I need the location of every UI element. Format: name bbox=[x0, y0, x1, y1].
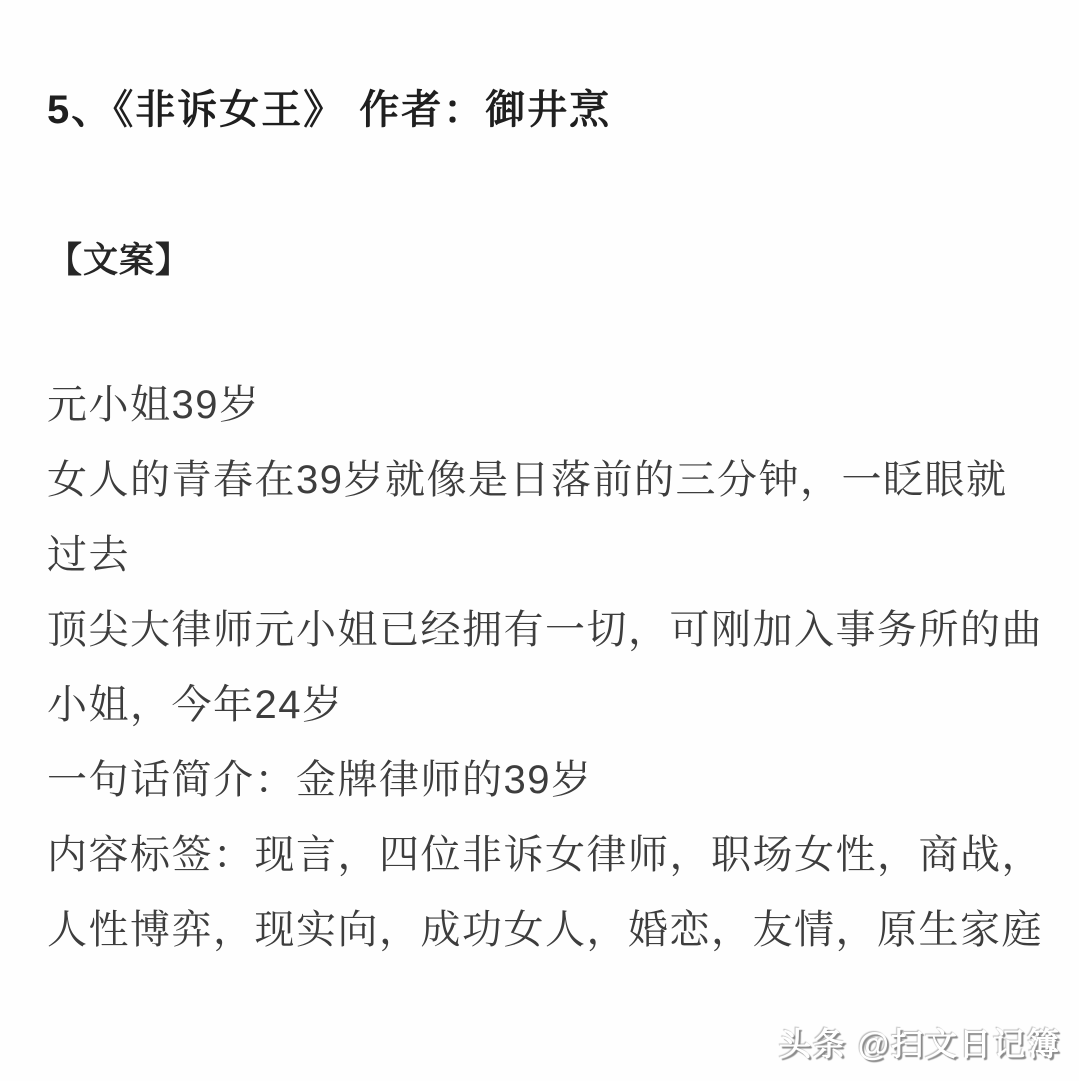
text-post-page: 5、《非诉女王》作者：御井烹 【文案】 元小姐39岁 女人的青春在39岁就像是日… bbox=[0, 0, 1079, 1081]
content-tags-line: 内容标签：现言，四位非诉女律师，职场女性，商战， bbox=[47, 818, 1049, 893]
content-tags-line: 人性博弈，现实向，成功女人，婚恋，友情，原生家庭 bbox=[47, 893, 1049, 968]
watermark-platform: 头条 bbox=[779, 1026, 847, 1062]
author-label: 作者：御井烹 bbox=[359, 88, 611, 132]
toutiao-watermark: 头条 @扫文日记簿 bbox=[779, 1019, 1061, 1065]
watermark-handle: @扫文日记簿 bbox=[858, 1026, 1061, 1062]
synopsis-text-block: 元小姐39岁 女人的青春在39岁就像是日落前的三分钟，一眨眼就 过去 顶尖大律师… bbox=[47, 368, 1049, 968]
synopsis-line: 过去 bbox=[47, 518, 1049, 593]
synopsis-line: 元小姐39岁 bbox=[47, 368, 1049, 443]
synopsis-line: 小姐，今年24岁 bbox=[47, 668, 1049, 743]
content-column: 5、《非诉女王》作者：御井烹 【文案】 元小姐39岁 女人的青春在39岁就像是日… bbox=[0, 86, 1079, 968]
book-title: 《非诉女王》 bbox=[113, 88, 345, 132]
synopsis-line: 顶尖大律师元小姐已经拥有一切，可刚加入事务所的曲 bbox=[47, 593, 1049, 668]
synopsis-line: 女人的青春在39岁就像是日落前的三分钟，一眨眼就 bbox=[47, 443, 1049, 518]
book-title-heading: 5、《非诉女王》作者：御井烹 bbox=[47, 86, 1049, 134]
list-index: 5、 bbox=[47, 88, 113, 132]
section-header-copywriting: 【文案】 bbox=[47, 240, 1049, 282]
one-line-intro: 一句话简介：金牌律师的39岁 bbox=[47, 743, 1049, 818]
